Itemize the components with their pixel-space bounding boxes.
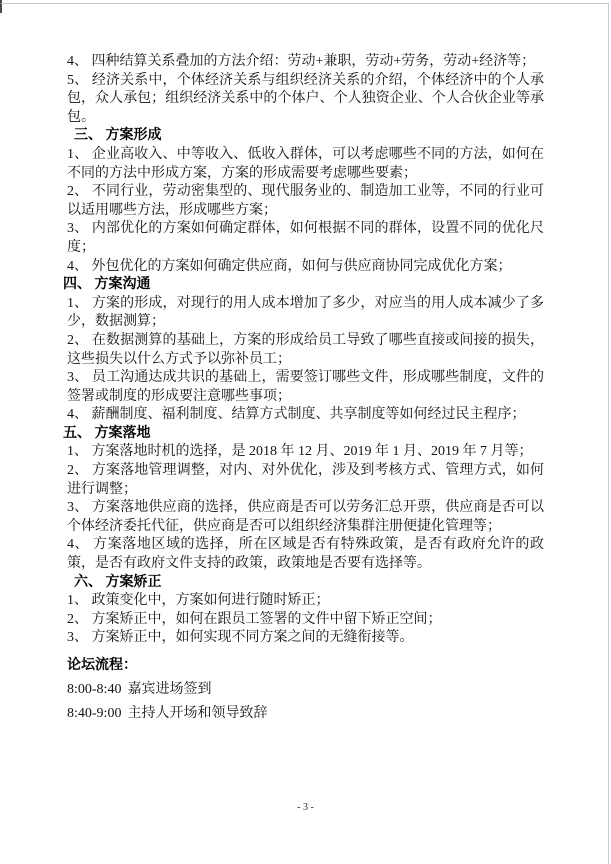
- schedule-time: 8:00-8:40: [67, 678, 121, 701]
- list-item: 4、 方案落地区域的选择，所在区域是否有特殊政策，是否有政府允许的政策，是否有政…: [67, 536, 544, 573]
- document-page: 4、 四种结算关系叠加的方法介绍：劳动+兼职，劳动+劳务，劳动+经济等； 5、 …: [0, 0, 611, 864]
- list-item: 2、 方案落地管理调整，对内、对外优化，涉及到考核方式、管理方式，如何进行调整；: [67, 462, 544, 499]
- list-item: 2、 方案矫正中，如何在跟员工签署的文件中留下矫正空间；: [67, 611, 544, 630]
- list-item: 4、 外包优化的方案如何确定供应商，如何与供应商协同完成优化方案；: [67, 258, 544, 277]
- section-heading-plan-landing: 五、 方案落地: [63, 425, 544, 444]
- schedule-activity: 嘉宾进场签到: [127, 682, 211, 697]
- section-heading-plan-formation: 三、 方案形成: [74, 127, 544, 146]
- page-corner-mark: [0, 0, 2, 13]
- schedule-item: 8:40-9:00主持人开场和领导致辞: [67, 702, 544, 725]
- section-heading-plan-correction: 六、 方案矫正: [74, 574, 544, 593]
- list-item: 5、 经济关系中，个体经济关系与组织经济关系的介绍，个体经济中的个人承包，众人承…: [67, 72, 544, 128]
- schedule-activity: 主持人开场和领导致辞: [127, 706, 267, 721]
- schedule-time: 8:40-9:00: [67, 702, 121, 725]
- list-item: 3、 方案矫正中，如何实现不同方案之间的无缝衔接等。: [67, 629, 544, 648]
- list-item: 4、 薪酬制度、福利制度、结算方式制度、共享制度等如何经过民主程序；: [67, 406, 544, 425]
- list-item: 3、 内部优化的方案如何确定群体，如何根据不同的群体，设置不同的优化尺度；: [67, 220, 544, 257]
- page-right-edge: [608, 3, 609, 864]
- schedule-item: 8:00-8:40嘉宾进场签到: [67, 678, 544, 701]
- page-top-edge: [1, 3, 609, 4]
- list-item: 2、 不同行业，劳动密集型的、现代服务业的、制造加工业等，不同的行业可以适用哪些…: [67, 183, 544, 220]
- list-item: 3、 方案落地供应商的选择，供应商是否可以劳务汇总开票，供应商是否可以个体经济委…: [67, 499, 544, 536]
- list-item: 4、 四种结算关系叠加的方法介绍：劳动+兼职，劳动+劳务，劳动+经济等；: [67, 53, 544, 72]
- list-item: 3、 员工沟通达成共识的基础上，需要签订哪些文件，形成哪些制度，文件的签署或制度…: [67, 369, 544, 406]
- forum-schedule-title: 论坛流程：: [67, 654, 544, 677]
- list-item: 2、 在数据测算的基础上，方案的形成给员工导致了哪些直接或间接的损失，这些损失以…: [67, 332, 544, 369]
- page-number: - 3 -: [0, 802, 611, 813]
- list-item: 1、 方案落地时机的选择，是 2018 年 12 月、2019 年 1 月、20…: [67, 443, 544, 462]
- section-heading-plan-communication: 四、 方案沟通: [63, 276, 544, 295]
- list-item: 1、 企业高收入、中等收入、低收入群体，可以考虑哪些不同的方法，如何在不同的方法…: [67, 146, 544, 183]
- document-body: 4、 四种结算关系叠加的方法介绍：劳动+兼职，劳动+劳务，劳动+经济等； 5、 …: [67, 53, 544, 725]
- list-item: 1、 政策变化中，方案如何进行随时矫正；: [67, 592, 544, 611]
- list-item: 1、 方案的形成，对现行的用人成本增加了多少，对应当的用人成本减少了多少，数据测…: [67, 295, 544, 332]
